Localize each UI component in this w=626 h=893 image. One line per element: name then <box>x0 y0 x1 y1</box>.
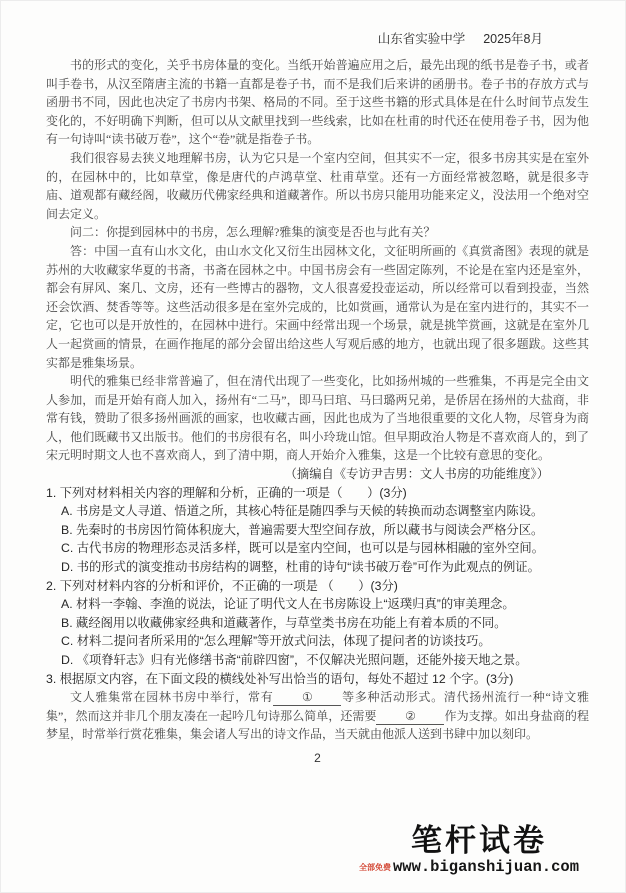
question-2-stem-text: 下列对材料内容的分析和评价，不正确的一项是 （ ）(3分) <box>60 579 398 593</box>
interview-answer-paragraph-1: 答：中国一直有山水文化，由山水文化又衍生出园林文化，文征明所画的《真赏斋图》表现… <box>46 242 589 372</box>
option-item: C. 古代书房的物理形态灵活多样，既可以是室内空间，也可以是与园林相融的室外空间… <box>61 539 589 558</box>
page-header: 山东省实验中学2025年8月 <box>46 29 589 47</box>
passage-paragraph-1: 书的形式的变化，关乎书房体量的变化。当纸开始普遍应用之后，最先出现的纸书是卷子书… <box>46 56 589 149</box>
option-item: A. 材料一李翰、李渔的说法，论证了明代文人在书房陈设上“返璞归真”的审美理念。 <box>61 595 589 614</box>
school-name: 山东省实验中学 <box>378 32 466 46</box>
option-item: B. 先秦时的书房因竹简体积庞大，普遍需要大型空间存放，所以藏书与阅读会严格分区… <box>61 521 589 540</box>
question-1-stem: 1. 下列对材料相关内容的理解和分析，正确的一项是（ ）(3分) <box>46 484 589 503</box>
question-3-stem: 3. 根据原文内容，在下面文段的横线处补写出恰当的语句，每处不超过 12 个字。… <box>46 670 589 689</box>
reading-passage: 书的形式的变化，关乎书房体量的变化。当纸开始普遍应用之后，最先出现的纸书是卷子书… <box>46 56 589 465</box>
blank-2-circled-number: ② <box>376 709 444 725</box>
questions-section: 1. 下列对材料相关内容的理解和分析，正确的一项是（ ）(3分) A. 书房是文… <box>46 484 589 744</box>
blank-1-circled-number: ① <box>273 690 341 706</box>
question-3-number: 3. <box>46 672 60 686</box>
option-item: D. 《项脊轩志》归有光修缮书斋“前辟四窗”，不仅解决光照问题，还能外接天地之景… <box>61 651 589 670</box>
watermark-brand-text: 笔杆试卷 <box>359 824 579 857</box>
option-item: D. 书的形式的演变推动书房结构的调整，杜甫的诗句“读书破万卷”可作为此观点的例… <box>61 558 589 577</box>
watermark-url-row: 全部免费 www.biganshijuan.com <box>359 858 579 876</box>
watermark-free-badge: 全部免费 <box>359 862 391 876</box>
header-date: 2025年8月 <box>483 32 543 46</box>
watermark-block: 笔杆试卷 全部免费 www.biganshijuan.com <box>359 824 579 876</box>
question-1-number: 1. <box>46 486 60 500</box>
question-1: 1. 下列对材料相关内容的理解和分析，正确的一项是（ ）(3分) A. 书房是文… <box>46 484 589 577</box>
question-1-options: A. 书房是文人寻道、悟道之所，其核心特征是随四季与天候的转换而动态调整室内陈设… <box>46 502 589 576</box>
passage-citation: （摘编自《专访尹吉男：文人书房的功能维度》） <box>46 465 589 484</box>
exam-paper-page: 山东省实验中学2025年8月 书的形式的变化，关乎书房体量的变化。当纸开始普遍应… <box>0 0 626 893</box>
page-content: 山东省实验中学2025年8月 书的形式的变化，关乎书房体量的变化。当纸开始普遍应… <box>1 1 625 765</box>
option-item: A. 书房是文人寻道、悟道之所，其核心特征是随四季与天候的转换而动态调整室内陈设… <box>61 502 589 521</box>
question-3-fill-paragraph: 文人雅集常在园林书房中举行，常有①等多种活动形式。清代扬州流行一种“诗文雅集”，… <box>46 688 589 744</box>
interview-question-line: 问二：你提到园林中的书房，怎么理解?雅集的演变是否也与此有关？ <box>46 223 589 242</box>
option-item: B. 藏经阁用以收藏佛家经典和道藏著作，与草堂类书房在功能上有着本质的不同。 <box>61 614 589 633</box>
passage-paragraph-2: 我们很容易去狭义地理解书房，认为它只是一个室内空间，但其实不一定，很多书房其实是… <box>46 149 589 223</box>
option-item: C. 材料二提问者所采用的“怎么理解”等开放式问法，体现了提问者的访谈技巧。 <box>61 632 589 651</box>
question-3-stem-text: 根据原文内容，在下面文段的横线处补写出恰当的语句，每处不超过 12 个字。(3分… <box>60 672 514 686</box>
interview-answer-paragraph-2: 明代的雅集已经非常普遍了，但在清代出现了一些变化，比如扬州城的一些雅集，不再是完… <box>46 372 589 465</box>
question-1-stem-text: 下列对材料相关内容的理解和分析，正确的一项是（ ）(3分) <box>60 486 407 500</box>
question-3: 3. 根据原文内容，在下面文段的横线处补写出恰当的语句，每处不超过 12 个字。… <box>46 670 589 744</box>
watermark-url-text: www.biganshijuan.com <box>393 858 579 876</box>
question-2-number: 2. <box>46 579 60 593</box>
question-2-options: A. 材料一李翰、李渔的说法，论证了明代文人在书房陈设上“返璞归真”的审美理念。… <box>46 595 589 669</box>
page-number: 2 <box>46 751 589 765</box>
question-2: 2. 下列对材料内容的分析和评价，不正确的一项是 （ ）(3分) A. 材料一李… <box>46 577 589 670</box>
question-2-stem: 2. 下列对材料内容的分析和评价，不正确的一项是 （ ）(3分) <box>46 577 589 596</box>
fill-text-segment: 文人雅集常在园林书房中举行，常有 <box>70 690 273 704</box>
